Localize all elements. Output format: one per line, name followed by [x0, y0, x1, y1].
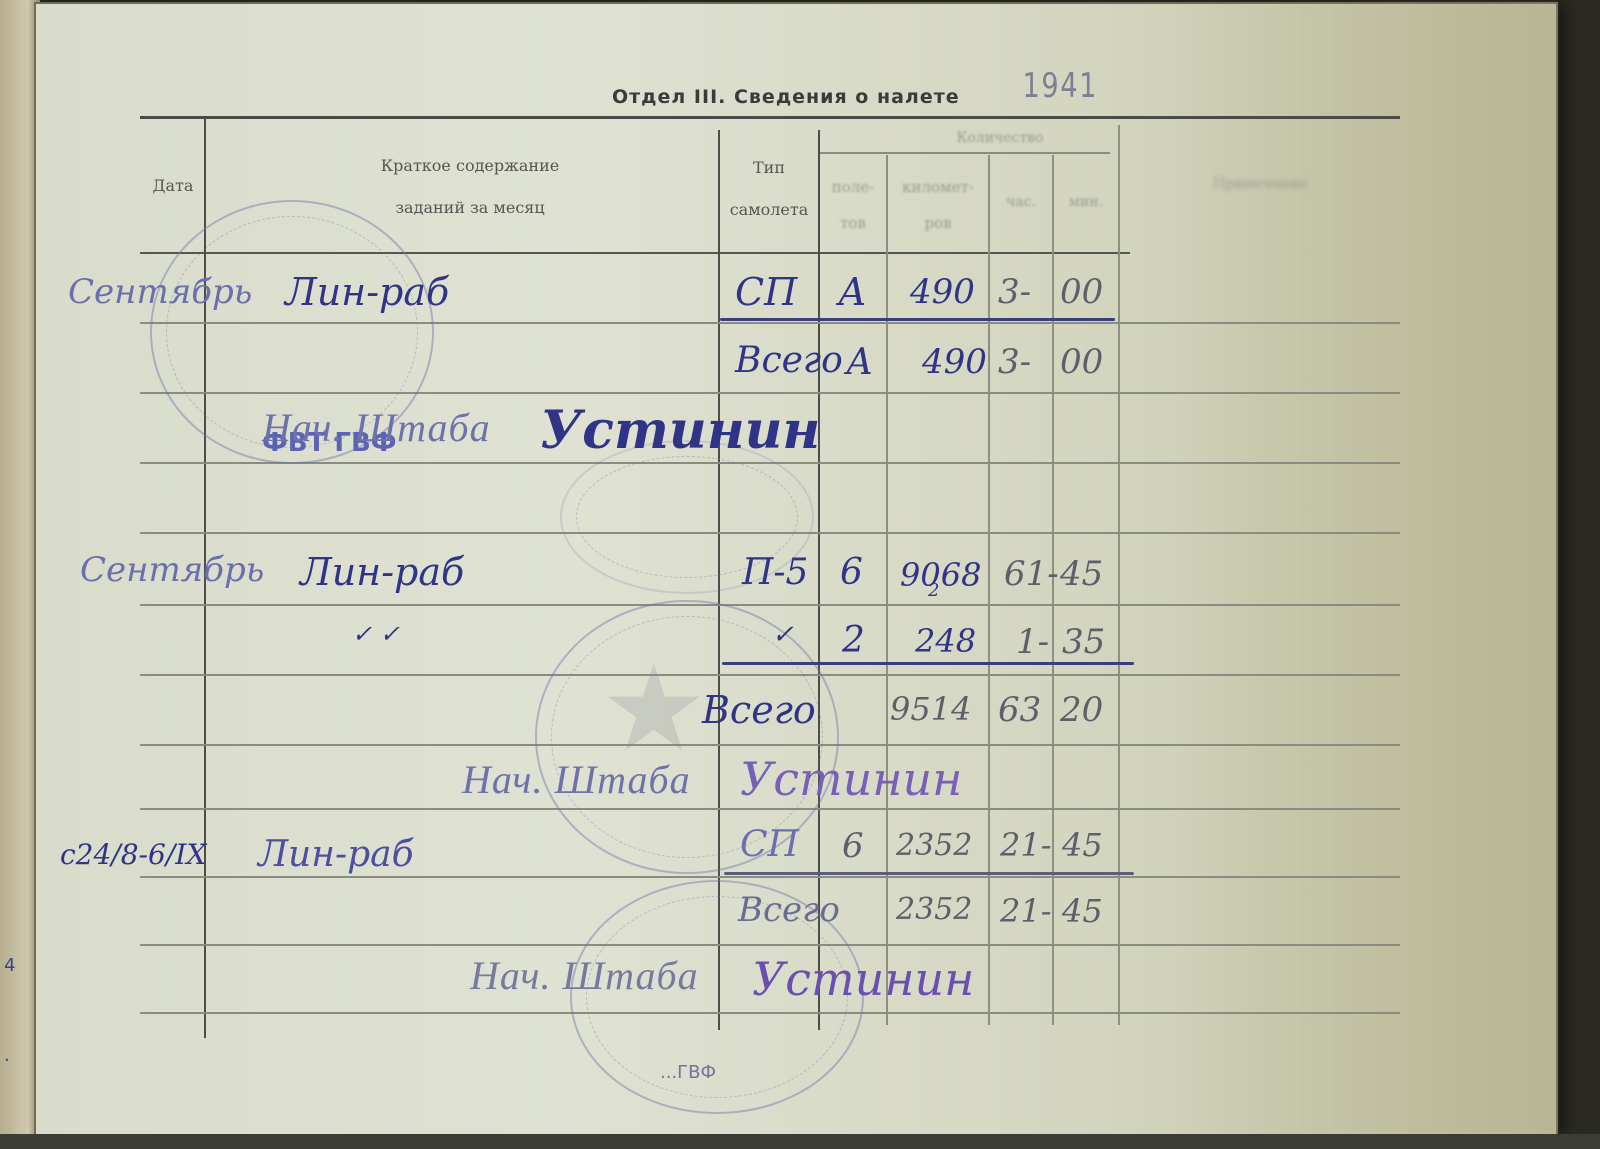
- subtotal-rule: [722, 662, 1134, 665]
- total-minutes: 20: [1060, 690, 1103, 730]
- adjacent-left-page: 4 .: [0, 0, 40, 1135]
- signature-role-label: Нач. Штаба: [462, 756, 691, 803]
- total-kilometers: 2352: [896, 892, 972, 927]
- header-km-line2: ров: [888, 214, 988, 232]
- aircraft-type: СП: [740, 824, 799, 865]
- kilometers: 248: [915, 622, 976, 660]
- total-minutes: 45: [1062, 892, 1103, 930]
- aircraft-type: СП: [735, 270, 797, 314]
- subtotal-rule: [720, 318, 1115, 321]
- quantity-subheader-rule: [820, 152, 1110, 154]
- header-minutes: мин.: [1054, 194, 1118, 211]
- signature: Устинин: [540, 400, 820, 461]
- header-type-line1: Тип: [722, 158, 816, 177]
- header-notes: Примечание: [1160, 176, 1360, 193]
- header-km-line1: километ-: [888, 178, 988, 196]
- entry-date: Сентябрь: [80, 550, 264, 590]
- minutes: 45: [1060, 554, 1103, 594]
- flights-count: А: [838, 270, 867, 314]
- signature-role-label: Нач. Штаба: [262, 404, 491, 451]
- kilometers-correction: 2: [928, 580, 939, 601]
- stamp-text: ...ГВФ: [660, 1062, 716, 1083]
- header-tasks-line2: заданий за месяц: [340, 198, 600, 217]
- ditto-marks: ✓ ✓: [352, 620, 400, 648]
- flights-count: 6: [840, 552, 863, 593]
- header-date: Дата: [144, 176, 202, 195]
- kilometers: 9068: [900, 556, 981, 594]
- row-rule: [140, 876, 1400, 878]
- total-hours: 21-: [1000, 892, 1052, 930]
- year-handwritten: 1941: [1022, 66, 1098, 106]
- entry-date: Сентябрь: [68, 272, 252, 312]
- kilometers: 2352: [896, 828, 972, 863]
- hours: 61-: [1004, 554, 1059, 594]
- kilometers: 490: [910, 272, 975, 312]
- subtotal-rule: [724, 872, 1134, 875]
- aircraft-type: П-5: [742, 552, 808, 593]
- flights-column-divider: [886, 155, 888, 1025]
- signature-role-label: Нач. Штаба: [470, 952, 699, 999]
- minutes: 00: [1060, 272, 1103, 312]
- section-title: Отдел III. Сведения о налете: [612, 86, 960, 108]
- total-label: Всего: [702, 688, 816, 732]
- hours: 3-: [998, 272, 1031, 312]
- left-page-fragment: .: [4, 1045, 10, 1066]
- total-kilometers: 490: [922, 342, 987, 382]
- total-minutes: 00: [1060, 342, 1103, 382]
- total-label: Всего: [738, 890, 840, 930]
- hours: 21-: [1000, 826, 1052, 864]
- flights-count: 6: [842, 826, 864, 866]
- total-hours: 3-: [998, 342, 1031, 382]
- ditto-mark: ✓: [772, 620, 794, 650]
- header-flights-line1: поле-: [820, 178, 886, 196]
- entry-task: Лин-раб: [285, 270, 449, 314]
- header-hours: час.: [990, 194, 1052, 211]
- table-top-rule: [140, 116, 1400, 119]
- signature: Устинин: [740, 752, 962, 806]
- minutes: 35: [1062, 622, 1105, 662]
- entry-date-range: с24/8-6/IX: [60, 838, 206, 871]
- km-column-divider: [988, 155, 990, 1025]
- header-quantity: Количество: [890, 130, 1110, 147]
- total-flights: А: [846, 342, 873, 383]
- hours: 1-: [1016, 622, 1049, 662]
- entry-task: Лин-раб: [258, 834, 414, 875]
- header-flights-line2: тов: [820, 214, 886, 232]
- left-page-fragment: 4: [4, 955, 15, 976]
- minutes: 45: [1062, 826, 1103, 864]
- total-hours: 63: [998, 690, 1041, 730]
- signature: Устинин: [752, 952, 974, 1006]
- row-rule: [140, 604, 1400, 606]
- total-label: Всего: [735, 340, 843, 381]
- header-tasks-line1: Краткое содержание: [340, 156, 600, 175]
- book-cover-edge: [0, 1134, 1600, 1149]
- minutes-column-divider: [1118, 125, 1120, 1025]
- total-kilometers: 9514: [890, 690, 971, 728]
- header-type-line2: самолета: [722, 200, 816, 219]
- entry-task: Лин-раб: [300, 550, 464, 594]
- flights-count: 2: [842, 620, 865, 661]
